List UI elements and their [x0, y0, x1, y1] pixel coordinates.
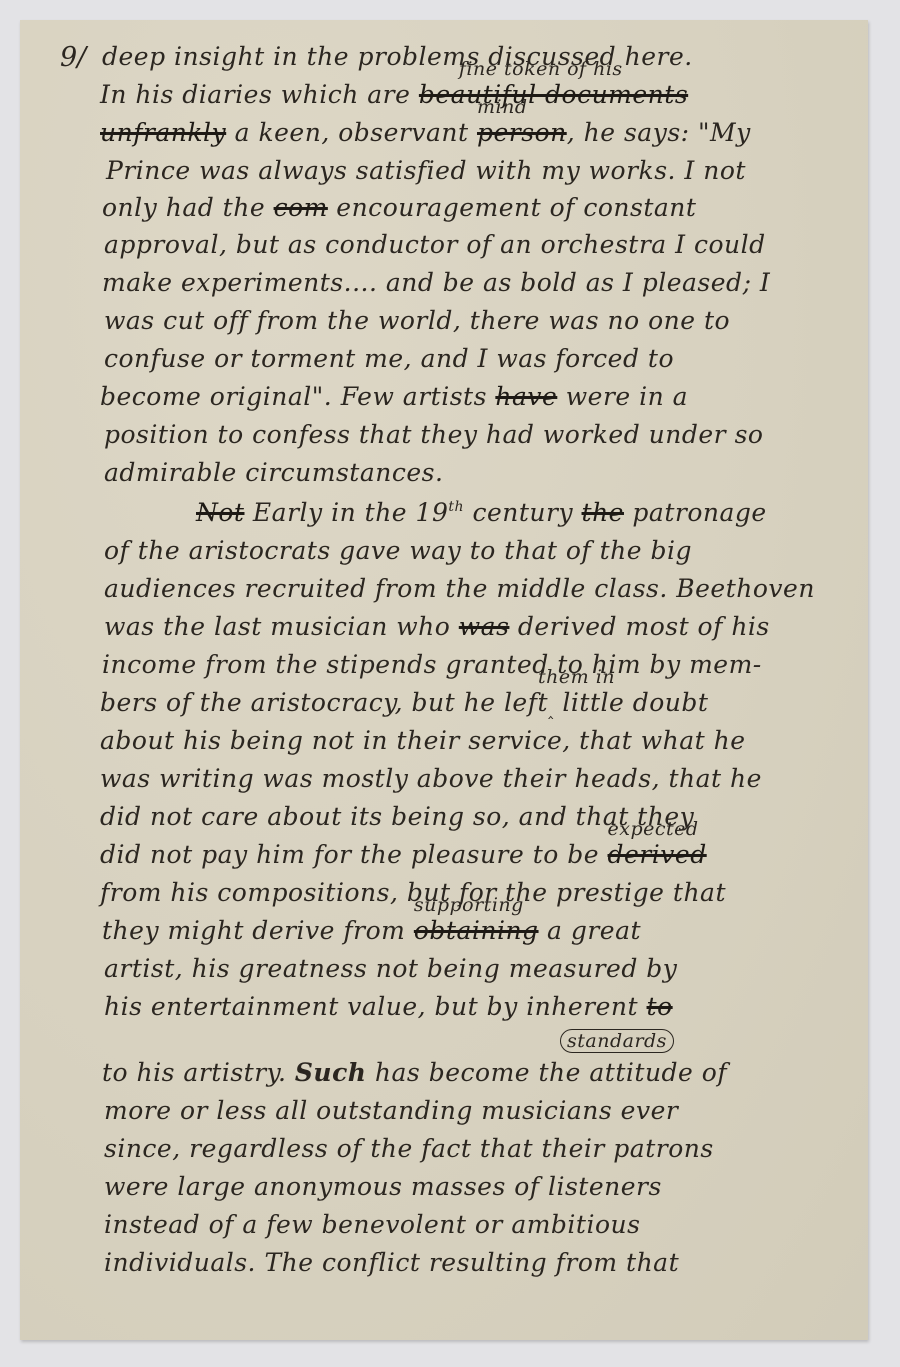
manuscript-page-lower: [20, 20, 868, 1340]
